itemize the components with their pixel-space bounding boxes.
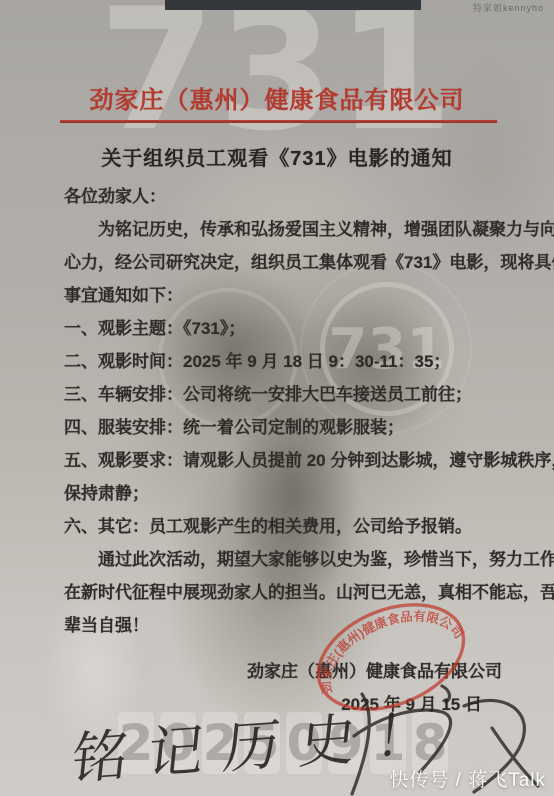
notice-line: 为铭记历史，传承和弘扬爱国主义精神，增强团队凝聚力与向	[64, 213, 504, 246]
notice-line: 五、观影要求：请观影人员提前 20 分钟到达影城，遵守影城秩序，	[64, 444, 504, 477]
notice-line: 保持肃静；	[64, 477, 504, 510]
notice-line: 心力，经公司研究决定，组织员工集体观看《731》电影，现将具体	[64, 246, 504, 279]
company-title: 劲家庄（惠州）健康食品有限公司	[0, 80, 554, 115]
notice-line: 四、服装安排：统一着公司定制的观影服装；	[64, 411, 504, 444]
notice-line: 六、其它：员工观影产生的相关费用，公司给予报销。	[64, 510, 504, 543]
notice-body: 各位劲家人： 为铭记历史，传承和弘扬爱国主义精神，增强团队凝聚力与向 心力，经公…	[64, 180, 504, 642]
notice-line: 事宜通知如下：	[64, 279, 504, 312]
notice-line: 各位劲家人：	[64, 180, 504, 213]
notice-line: 辈当自强！	[64, 609, 504, 642]
notice-line: 通过此次活动，期望大家能够以史为鉴，珍惜当下，努力工作，	[64, 543, 504, 576]
header-divider-line	[60, 120, 497, 123]
top-right-watermark: 特家姐kennyho	[473, 1, 544, 14]
notice-document: 731 731 2 0 2 5 0 9 1 8 特家姐kennyho 劲家庄（惠…	[0, 0, 554, 796]
bottom-right-watermark: 快传号 / 蒋飞Talk	[389, 765, 546, 792]
notice-title: 关于组织员工观看《731》电影的通知	[0, 142, 554, 171]
notice-line: 在新时代征程中展现劲家人的担当。山河已无恙，真相不能忘，吾	[64, 576, 504, 609]
notice-line: 二、观影时间：2025 年 9 月 18 日 9：30-11：35；	[64, 345, 504, 378]
notice-line: 三、车辆安排：公司将统一安排大巴车接送员工前往；	[64, 378, 504, 411]
top-black-bar	[165, 0, 421, 10]
notice-line: 一、观影主题：《731》；	[64, 312, 504, 345]
signature-company: 劲家庄（惠州）健康食品有限公司	[247, 657, 502, 682]
